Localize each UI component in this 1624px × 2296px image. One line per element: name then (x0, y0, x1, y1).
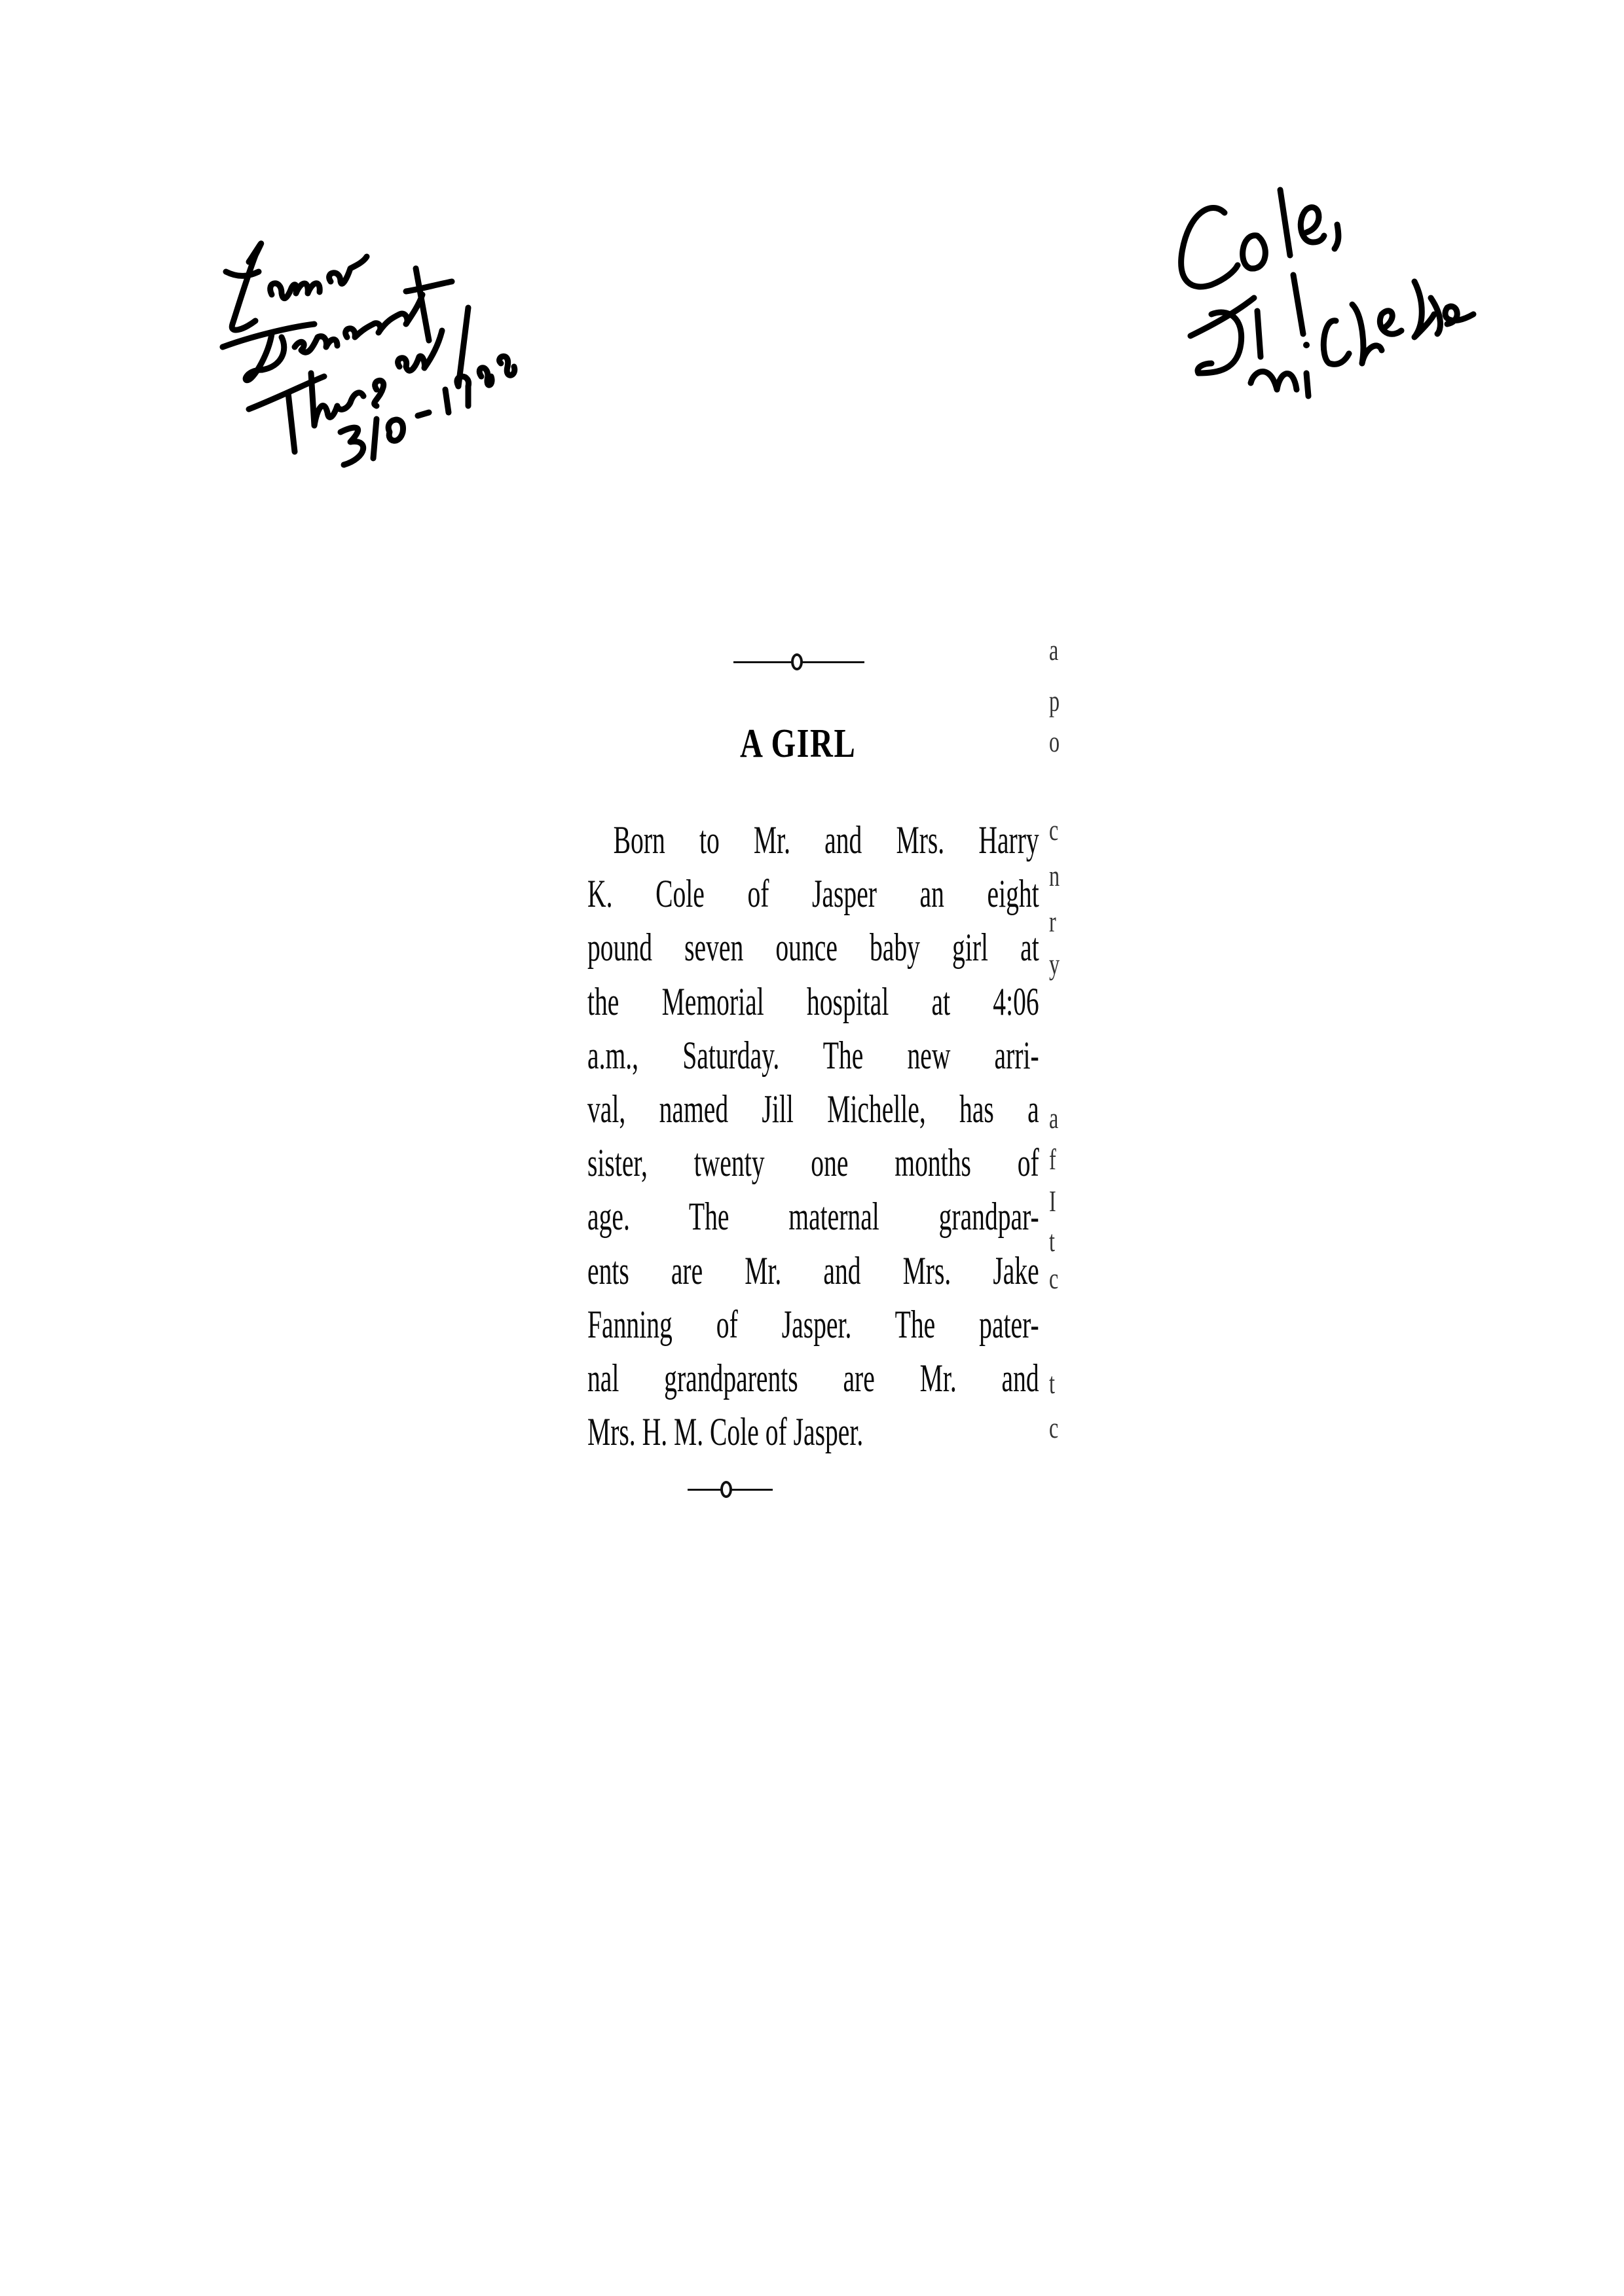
adjacent-column-fragment: y (1049, 949, 1060, 979)
body-line: val, named Jill Michelle, has a (587, 1082, 1039, 1136)
handwriting-lamar-democrat-thursday-3-10-1966-icon (210, 216, 537, 465)
body-line: Fanning of Jasper. The pater- (587, 1298, 1039, 1351)
body-line: pound seven ounce baby girl at (587, 920, 1039, 974)
adjacent-column-fragment: t (1049, 1226, 1055, 1256)
adjacent-column-fragment: c (1049, 1264, 1058, 1294)
newspaper-clipping: A GIRL Born to Mr. and Mrs. Harry K. Col… (576, 642, 1074, 1532)
adjacent-column-fragment: c (1049, 1413, 1058, 1443)
adjacent-column-fragment: t (1049, 1368, 1055, 1398)
body-line: Born to Mr. and Mrs. Harry (587, 813, 1039, 867)
handwritten-subject-note: Cole, (1166, 173, 1486, 429)
body-line: sister, twenty one months of (587, 1136, 1039, 1190)
adjacent-column-fragment: n (1049, 861, 1060, 891)
adjacent-column-fragment: a (1049, 635, 1058, 665)
headline: A GIRL (740, 723, 856, 764)
handwriting-cole-jill-michelle-icon (1166, 173, 1486, 429)
adjacent-column-fragment: a (1049, 1103, 1058, 1133)
adjacent-column-fragment: r (1049, 907, 1056, 937)
body-line: ents are Mr. and Mrs. Jake (587, 1244, 1039, 1298)
body-line: nal grandparents are Mr. and (587, 1351, 1039, 1405)
body-line: age. The maternal grandpar- (587, 1190, 1039, 1243)
adjacent-column-fragment: f (1049, 1144, 1056, 1175)
article-body: Born to Mr. and Mrs. Harry K. Cole of Ja… (587, 813, 1059, 1459)
body-line: Mrs. H. M. Cole of Jasper. (587, 1405, 1039, 1459)
handwritten-source-note: Lamar (210, 216, 537, 465)
body-line: K. Cole of Jasper an eight (587, 867, 1039, 920)
divider-ornament-icon (791, 653, 803, 670)
scanned-page: Lamar (0, 0, 1624, 2296)
body-line: a.m., Saturday. The new arri- (587, 1029, 1039, 1082)
divider-ornament-icon (720, 1481, 732, 1498)
top-divider (733, 652, 864, 672)
body-line: the Memorial hospital at 4:06 (587, 975, 1039, 1029)
bottom-divider (688, 1480, 773, 1499)
adjacent-column-fragment: p (1049, 686, 1060, 716)
adjacent-column-fragment: o (1049, 727, 1060, 757)
adjacent-column-fragment: c (1049, 815, 1058, 845)
adjacent-column-fragment: I (1049, 1186, 1056, 1216)
